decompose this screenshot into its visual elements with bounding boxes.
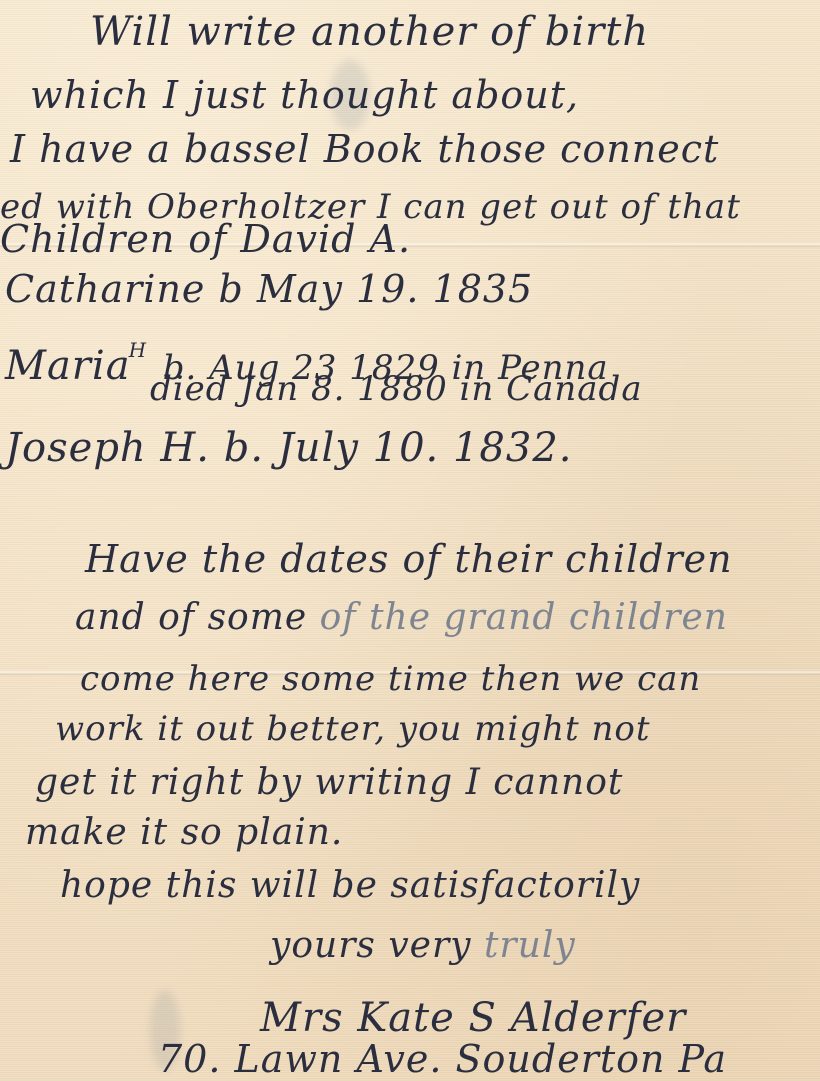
closing-2-dark: and of some <box>75 597 307 638</box>
valediction-dark: yours very <box>270 925 472 966</box>
child-maria-death: died Jan 8. 1880 in Canada <box>150 372 643 406</box>
address: 70. Lawn Ave. Souderton Pa <box>158 1040 727 1078</box>
valediction-faint: truly <box>484 925 576 966</box>
child-joseph: Joseph H. b. July 10. 1832. <box>5 428 573 468</box>
letter-line-closing-5: get it right by writing I cannot <box>35 765 623 801</box>
letter-line-closing-3: come here some time then we can <box>80 662 701 696</box>
child-maria-initial: H <box>129 338 147 362</box>
letter-page: Will write another of birth which I just… <box>0 0 820 1081</box>
letter-line-closing-7: hope this will be satisfactorily <box>60 868 640 904</box>
child-maria-name: Maria <box>5 343 131 389</box>
closing-2-faint: of the grand children <box>320 597 728 638</box>
letter-line-closing-4: work it out better, you might not <box>55 712 651 746</box>
letter-line-closing-6: make it so plain. <box>25 815 343 851</box>
signature: Mrs Kate S Alderfer <box>260 998 686 1038</box>
letter-line-closing-2: and of some of the grand children <box>75 600 728 636</box>
valediction: yours very truly <box>270 928 576 964</box>
child-catharine: Catharine b May 19. 1835 <box>5 270 533 308</box>
letter-line-3: I have a bassel Book those connect <box>10 130 719 168</box>
letter-line-2: which I just thought about, <box>30 76 579 114</box>
letter-line-1: Will write another of birth <box>90 12 649 52</box>
children-heading: Children of David A. <box>0 220 411 258</box>
letter-line-closing-1: Have the dates of their children <box>85 540 733 578</box>
